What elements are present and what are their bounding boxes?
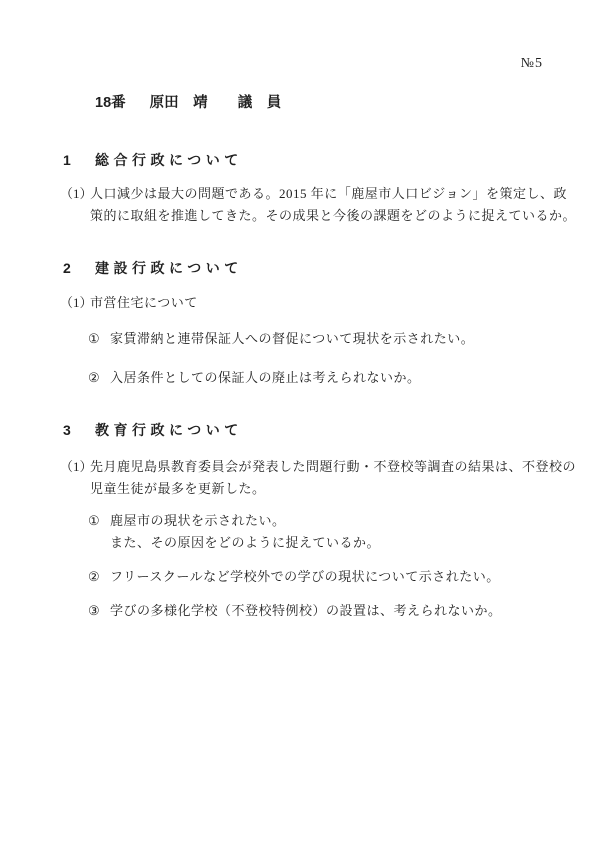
subitem-line: フリースクールなど学校外での学びの現状について示されたい。 (110, 566, 548, 588)
circled-number-1-icon: ① (88, 328, 100, 350)
subitem-text: 学びの多様化学校（不登校特例校）の設置は、考えられないか。 (110, 600, 548, 622)
question-line: 人口減少は最大の問題である。2015 年に「鹿屋市人口ビジョン」を策定し、政 (90, 183, 548, 205)
section-3-subitem-1: ① 鹿屋市の現状を示されたい。 また、その原因をどのように捉えているか。 (88, 510, 548, 554)
section-3-number: 3 (63, 422, 95, 438)
subitem-text: 入居条件としての保証人の廃止は考えられないか。 (110, 367, 548, 389)
section-1-title: 総合行政について (95, 152, 243, 168)
question-line: 市営住宅について (90, 292, 548, 314)
member-header: 18番 原田 靖 議 員 (95, 91, 281, 112)
subitem-line: 家賃滞納と連帯保証人への督促について現状を示されたい。 (110, 328, 548, 350)
question-label: （1） (60, 183, 93, 205)
question-line: 策的に取組を推進してきた。その成果と今後の課題をどのように捉えているか。 (90, 205, 548, 227)
section-2-heading: 2建設行政について (63, 258, 243, 278)
subitem-line: 鹿屋市の現状を示されたい。 (110, 510, 548, 532)
question-line: 児童生徒が最多を更新した。 (90, 478, 548, 500)
subitem-text: 鹿屋市の現状を示されたい。 また、その原因をどのように捉えているか。 (110, 510, 548, 554)
document-page: №5 18番 原田 靖 議 員 1総合行政について （1） 人口減少は最大の問題… (0, 0, 600, 848)
question-text: 先月鹿児島県教育委員会が発表した問題行動・不登校等調査の結果は、不登校の 児童生… (90, 456, 548, 500)
question-line: 先月鹿児島県教育委員会が発表した問題行動・不登校等調査の結果は、不登校の (90, 456, 548, 478)
section-3-heading: 3教育行政について (63, 420, 243, 440)
section-3-question-1: （1） 先月鹿児島県教育委員会が発表した問題行動・不登校等調査の結果は、不登校の… (60, 456, 548, 500)
section-1-number: 1 (63, 152, 95, 168)
section-2-subitem-2: ② 入居条件としての保証人の廃止は考えられないか。 (88, 367, 548, 389)
section-2-title: 建設行政について (95, 260, 243, 276)
circled-number-2-icon: ② (88, 367, 100, 389)
subitem-text: フリースクールなど学校外での学びの現状について示されたい。 (110, 566, 548, 588)
member-seat-number: 18番 (95, 95, 126, 111)
circled-number-3-icon: ③ (88, 600, 100, 622)
section-1-question-1: （1） 人口減少は最大の問題である。2015 年に「鹿屋市人口ビジョン」を策定し… (60, 183, 548, 227)
section-3-title: 教育行政について (95, 422, 243, 438)
member-name: 原田 靖 (150, 95, 208, 111)
section-3-subitem-2: ② フリースクールなど学校外での学びの現状について示されたい。 (88, 566, 548, 588)
question-label: （1） (60, 456, 93, 478)
member-title: 議 員 (238, 95, 282, 111)
circled-number-1-icon: ① (88, 510, 100, 532)
subitem-text: 家賃滞納と連帯保証人への督促について現状を示されたい。 (110, 328, 548, 350)
subitem-line: 学びの多様化学校（不登校特例校）の設置は、考えられないか。 (110, 600, 548, 622)
circled-number-2-icon: ② (88, 566, 100, 588)
question-text: 人口減少は最大の問題である。2015 年に「鹿屋市人口ビジョン」を策定し、政 策… (90, 183, 548, 227)
subitem-line: また、その原因をどのように捉えているか。 (110, 532, 548, 554)
section-3-subitem-3: ③ 学びの多様化学校（不登校特例校）の設置は、考えられないか。 (88, 600, 548, 622)
question-text: 市営住宅について (90, 292, 548, 314)
section-2-number: 2 (63, 260, 95, 276)
section-2-question-1: （1） 市営住宅について (60, 292, 548, 314)
question-label: （1） (60, 292, 93, 314)
section-1-heading: 1総合行政について (63, 150, 243, 170)
subitem-line: 入居条件としての保証人の廃止は考えられないか。 (110, 367, 548, 389)
section-2-subitem-1: ① 家賃滞納と連帯保証人への督促について現状を示されたい。 (88, 328, 548, 350)
page-number: №5 (521, 56, 543, 72)
